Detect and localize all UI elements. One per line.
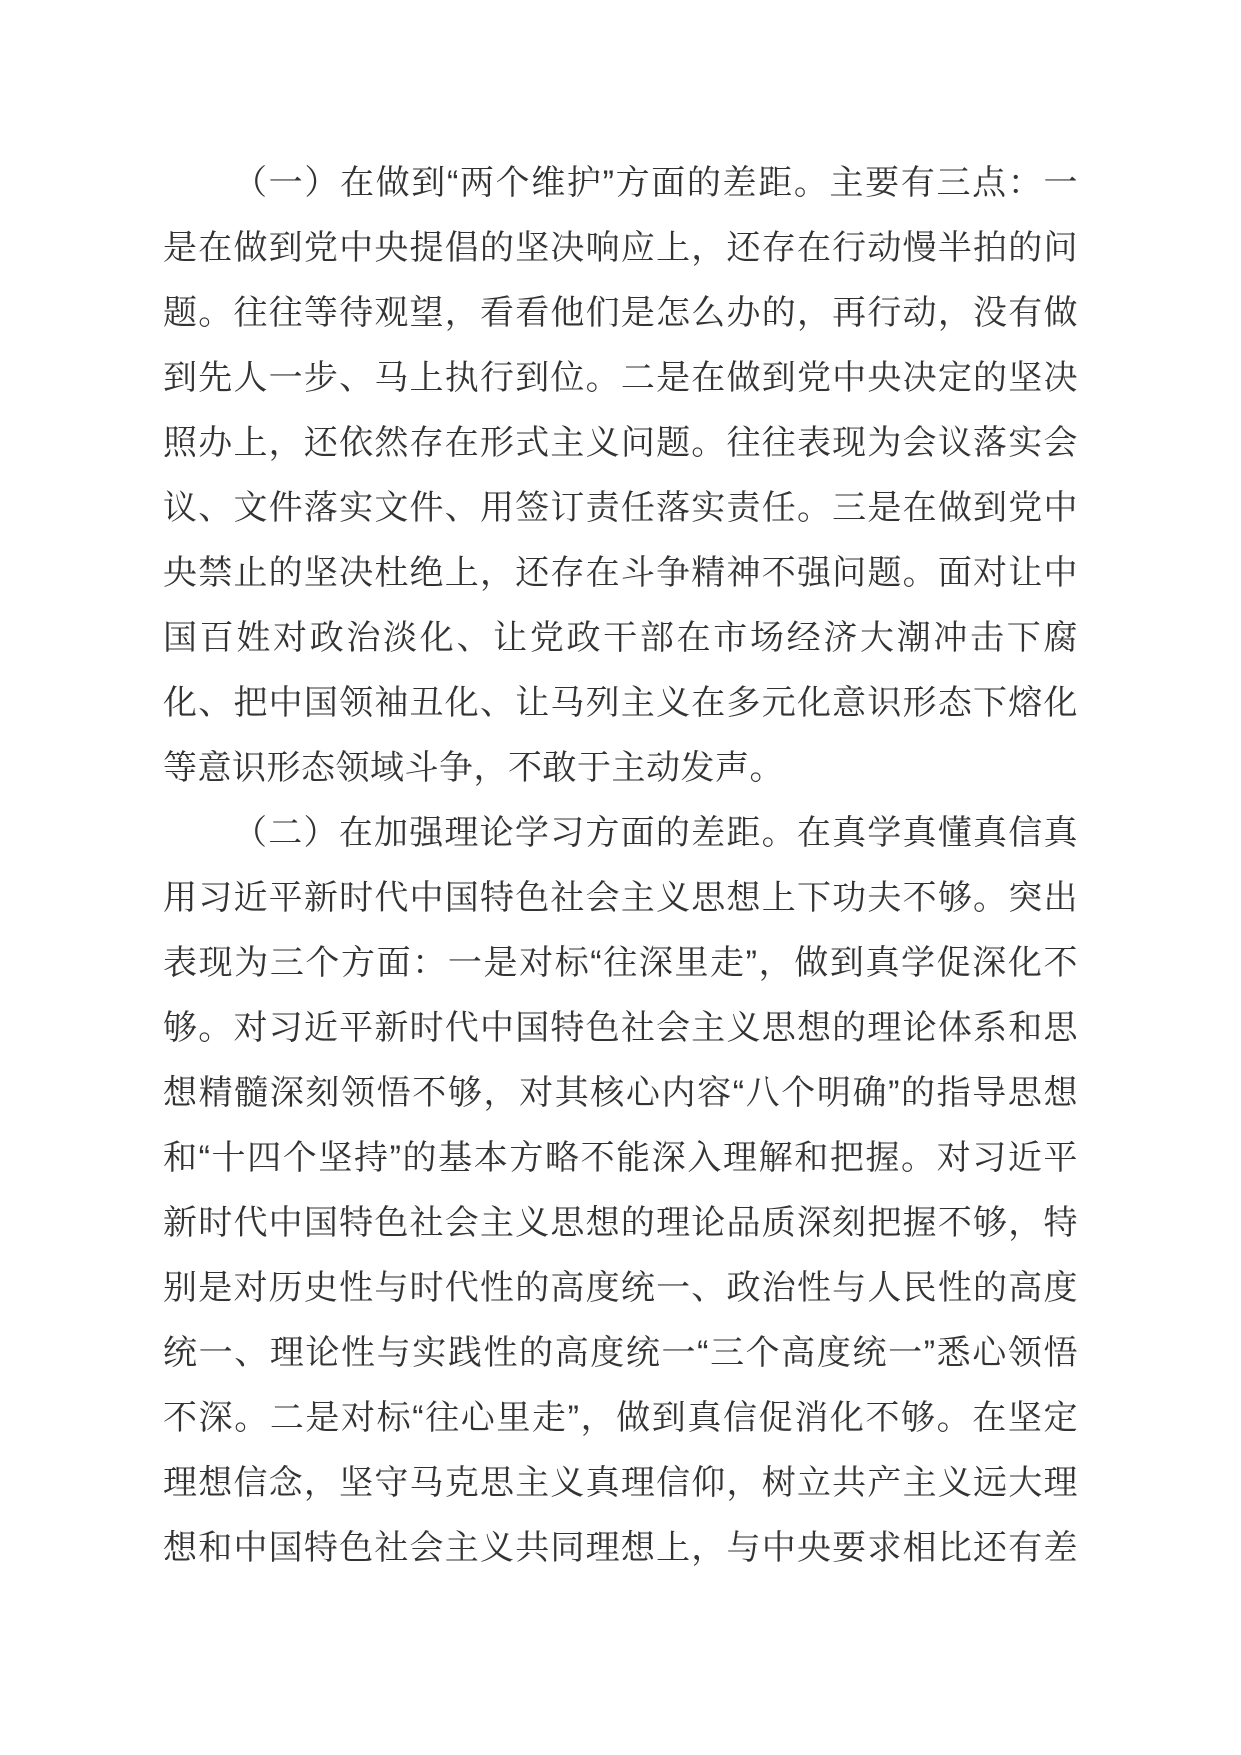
- text-line: 到先人一步、马上执行到位。二是在做到党中央决定的坚决: [163, 346, 1078, 411]
- text-line: 够。对习近平新时代中国特色社会主义思想的理论体系和思: [163, 996, 1078, 1061]
- text-line: 和“十四个坚持”的基本方略不能深入理解和把握。对习近平: [163, 1126, 1078, 1191]
- text-line: 别是对历史性与时代性的高度统一、政治性与人民性的高度: [163, 1256, 1078, 1321]
- text-line: 照办上，还依然存在形式主义问题。往往表现为会议落实会: [163, 411, 1078, 476]
- text-line: 央禁止的坚决杜绝上，还存在斗争精神不强问题。面对让中: [163, 541, 1078, 606]
- text-line: 等意识形态领域斗争，不敢于主动发声。: [163, 736, 1078, 801]
- text-line: 国百姓对政治淡化、让党政干部在市场经济大潮冲击下腐: [163, 606, 1078, 671]
- text-line: （二）在加强理论学习方面的差距。在真学真懂真信真: [163, 801, 1078, 866]
- text-line: 统一、理论性与实践性的高度统一“三个高度统一”悉心领悟: [163, 1321, 1078, 1386]
- text-line: 理想信念，坚守马克思主义真理信仰，树立共产主义远大理: [163, 1451, 1078, 1516]
- text-line: 化、把中国领袖丑化、让马列主义在多元化意识形态下熔化: [163, 671, 1078, 736]
- text-line: 不深。二是对标“往心里走”，做到真信促消化不够。在坚定: [163, 1386, 1078, 1451]
- text-line: 新时代中国特色社会主义思想的理论品质深刻把握不够，特: [163, 1191, 1078, 1256]
- paragraph-section-1: （一）在做到“两个维护”方面的差距。主要有三点：一 是在做到党中央提倡的坚决响应…: [163, 151, 1078, 801]
- text-line: 想和中国特色社会主义共同理想上，与中央要求相比还有差: [163, 1516, 1078, 1581]
- text-line: 表现为三个方面：一是对标“往深里走”，做到真学促深化不: [163, 931, 1078, 996]
- document-page: （一）在做到“两个维护”方面的差距。主要有三点：一 是在做到党中央提倡的坚决响应…: [0, 0, 1241, 1755]
- paragraph-section-2: （二）在加强理论学习方面的差距。在真学真懂真信真 用习近平新时代中国特色社会主义…: [163, 801, 1078, 1581]
- text-line: （一）在做到“两个维护”方面的差距。主要有三点：一: [163, 151, 1078, 216]
- text-line: 题。往往等待观望，看看他们是怎么办的，再行动，没有做: [163, 281, 1078, 346]
- text-line: 议、文件落实文件、用签订责任落实责任。三是在做到党中: [163, 476, 1078, 541]
- text-line: 是在做到党中央提倡的坚决响应上，还存在行动慢半拍的问: [163, 216, 1078, 281]
- text-line: 想精髓深刻领悟不够，对其核心内容“八个明确”的指导思想: [163, 1061, 1078, 1126]
- text-line: 用习近平新时代中国特色社会主义思想上下功夫不够。突出: [163, 866, 1078, 931]
